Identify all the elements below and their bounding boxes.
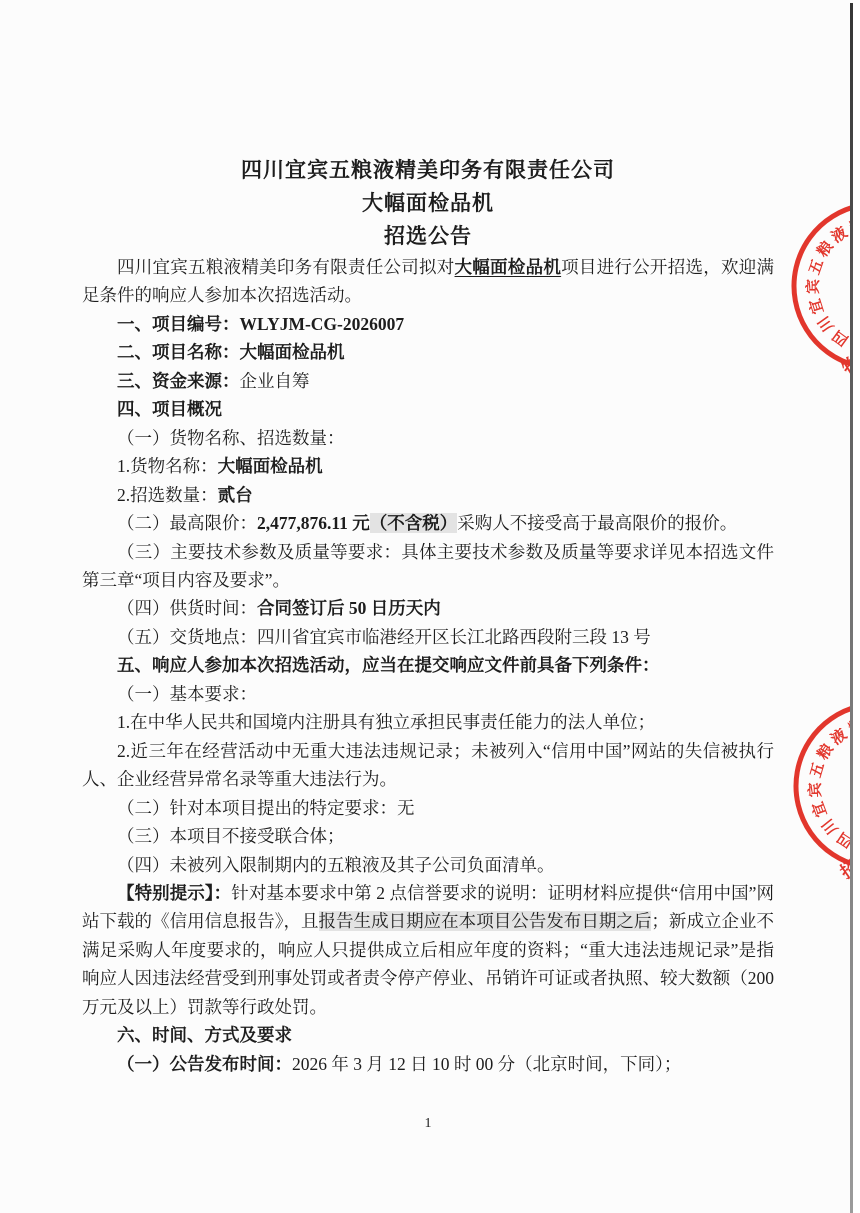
svg-text:四川宜宾五粮液精美印: 四川宜宾五粮液精美印	[778, 691, 860, 856]
quantity-line: 2.招选数量：贰台	[82, 481, 774, 509]
delivery-place-line: （五）交货地点：四川省宜宾市临港经开区长江北路西段附三段 13 号	[82, 623, 774, 651]
special-notice-paragraph: 【特别提示】：针对基本要求中第 2 点信誉要求的说明：证明材料应提供“信用中国”…	[82, 879, 774, 1021]
project-number-value: WLYJM-CG-2026007	[240, 314, 405, 334]
qualification-heading: 五、响应人参加本次招选活动，应当在提交响应文件前具备下列条件：	[82, 651, 774, 679]
document-body: 四川宜宾五粮液精美印务有限责任公司 大幅面检品机 招选公告 四川宜宾五粮液精美印…	[82, 154, 774, 1078]
text-run: （二）针对本项目提出的特定要求：无	[117, 798, 415, 818]
special-notice-label: 【特别提示】：	[117, 883, 231, 903]
stamp-arc-text: 四川宜宾五粮液精美印	[778, 691, 860, 856]
quantity-value: 贰台	[218, 485, 253, 505]
funding-source-value: 企业自筹	[240, 371, 310, 391]
field-label: 1.货物名称：	[117, 456, 218, 476]
field-label: 2.招选数量：	[117, 485, 218, 505]
text-run: 五、响应人参加本次招选活动，应当在提交响应文件前具备下列条件：	[117, 655, 660, 675]
title-notice-type: 招选公告	[82, 220, 774, 253]
goods-name-qty-heading: （一）货物名称、招选数量：	[82, 424, 774, 452]
max-price-value: 2,477,876.11 元	[257, 513, 370, 533]
text-run: （三）本项目不接受联合体；	[117, 826, 345, 846]
report-date-highlighted: 报告生成日期应在本项目公告发布日期之后	[319, 911, 652, 931]
project-overview-heading: 四、项目概况	[82, 395, 774, 423]
title-company-name: 四川宜宾五粮液精美印务有限责任公司	[82, 154, 774, 187]
stamp-arc-text: 四川宜宾五粮液精美印	[777, 192, 860, 354]
page-number: 1	[82, 1116, 774, 1132]
document-text: 四川宜宾五粮液精美印务有限责任公司拟对大幅面检品机项目进行公开招选，欢迎满足条件…	[82, 253, 774, 1078]
text-run: （四）未被列入限制期内的五粮液及其子公司负面清单。	[117, 855, 555, 875]
delivery-time-line: （四）供货时间：合同签订后 50 日历天内	[82, 594, 774, 622]
field-label: 三、资金来源：	[117, 371, 240, 391]
svg-text:四川宜宾五粮液精美印: 四川宜宾五粮液精美印	[777, 192, 860, 354]
text-run: （一）基本要求：	[117, 684, 257, 704]
tax-note-highlighted: （不含税）	[370, 513, 458, 533]
text-run: 六、时间、方式及要求	[117, 1025, 292, 1045]
tech-params-line: （三）主要技术参数及质量等要求：具体主要技术参数及质量等要求详见本招选文件第三章…	[82, 538, 774, 595]
red-stamp-materials-seal: 四川宜宾五粮液精美印 物资	[766, 176, 860, 396]
scanned-document-page: 四川宜宾五粮液精美印务有限责任公司 大幅面检品机 招选公告 四川宜宾五粮液精美印…	[0, 0, 860, 1213]
text-run: （一）货物名称、招选数量：	[117, 428, 345, 448]
field-label: （四）供货时间：	[117, 598, 257, 618]
requirement-2-line: 2.近三年在经营活动中无重大违法违规记录；未被列入“信用中国”网站的失信被执行人…	[82, 737, 774, 794]
red-stamp-bidding-seal: 四川宜宾五粮液精美印 招投标	[768, 676, 860, 896]
goods-name-value: 大幅面检品机	[218, 456, 323, 476]
delivery-time-value: 合同签订后 50 日历天内	[257, 598, 441, 618]
scan-edge-line	[850, 3, 853, 1213]
funding-source-line: 三、资金来源：企业自筹	[82, 367, 774, 395]
requirement-1-line: 1.在中华人民共和国境内注册具有独立承担民事责任能力的法人单位；	[82, 708, 774, 736]
field-label: （一）公告发布时间：	[117, 1054, 292, 1074]
project-name-line: 二、项目名称：大幅面检品机	[82, 338, 774, 366]
negative-list-line: （四）未被列入限制期内的五粮液及其子公司负面清单。	[82, 851, 774, 879]
intro-paragraph: 四川宜宾五粮液精美印务有限责任公司拟对大幅面检品机项目进行公开招选，欢迎满足条件…	[82, 253, 774, 310]
field-label: 一、项目编号：	[117, 314, 240, 334]
text-run: 四川宜宾五粮液精美印务有限责任公司拟对	[117, 257, 455, 277]
document-title: 四川宜宾五粮液精美印务有限责任公司 大幅面检品机 招选公告	[82, 154, 774, 253]
specific-requirements-line: （二）针对本项目提出的特定要求：无	[82, 794, 774, 822]
text-run: 采购人不接受高于最高限价的报价。	[457, 513, 737, 533]
announce-time-line: （一）公告发布时间：2026 年 3 月 12 日 10 时 00 分（北京时间…	[82, 1050, 774, 1078]
max-price-line: （二）最高限价：2,477,876.11 元（不含税）采购人不接受高于最高限价的…	[82, 509, 774, 537]
field-label: （二）最高限价：	[117, 513, 257, 533]
text-run: 2.近三年在经营活动中无重大违法违规记录；未被列入“信用中国”网站的失信被执行人…	[82, 741, 774, 789]
time-method-heading: 六、时间、方式及要求	[82, 1021, 774, 1049]
scan-margin-white	[853, 0, 860, 1213]
text-run: 1.在中华人民共和国境内注册具有独立承担民事责任能力的法人单位；	[117, 712, 655, 732]
project-number-line: 一、项目编号：WLYJM-CG-2026007	[82, 310, 774, 338]
announce-time-value: 2026 年 3 月 12 日 10 时 00 分（北京时间，下同）；	[292, 1054, 681, 1074]
text-run: 四、项目概况	[117, 399, 222, 419]
project-name-underlined: 大幅面检品机	[455, 257, 562, 277]
text-run: （五）交货地点：四川省宜宾市临港经开区长江北路西段附三段 13 号	[117, 627, 651, 647]
text-run: （三）主要技术参数及质量等要求：具体主要技术参数及质量等要求详见本招选文件第三章…	[82, 542, 774, 590]
goods-name-line: 1.货物名称：大幅面检品机	[82, 452, 774, 480]
no-consortium-line: （三）本项目不接受联合体；	[82, 822, 774, 850]
text-run: 二、项目名称：大幅面检品机	[117, 342, 345, 362]
basic-requirements-heading: （一）基本要求：	[82, 680, 774, 708]
title-project-name: 大幅面检品机	[82, 187, 774, 220]
